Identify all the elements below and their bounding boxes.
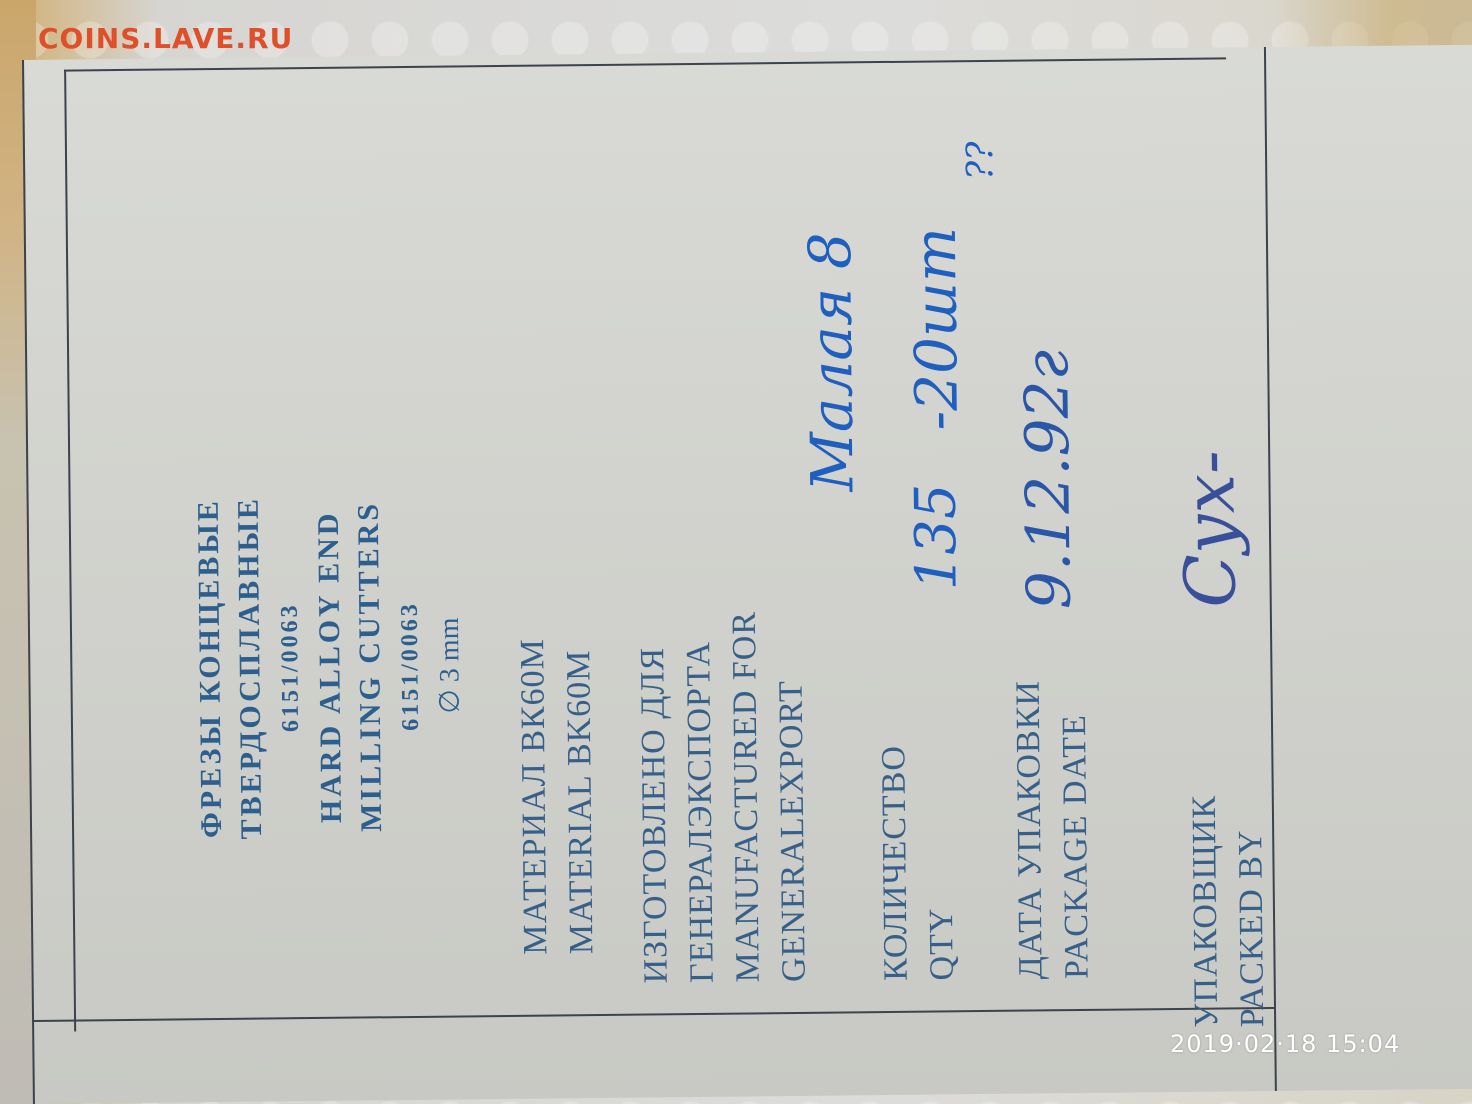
product-code-en: 6151/0063 bbox=[388, 406, 433, 926]
photo-timestamp: 2019·02·18 15:04 bbox=[1170, 1030, 1400, 1058]
product-title-block: ФРЕЗЫ КОНЦЕВЫЕ ТВЕРДОСПЛАВНЫЕ 6151/0063 … bbox=[188, 405, 473, 928]
date-en: PACKAGE DATE bbox=[1052, 679, 1101, 979]
made-for-ru-2: ГЕНЕРАЛЭКСПОРТА bbox=[676, 611, 726, 983]
qty-en: QTY bbox=[917, 744, 965, 980]
material-field: МАТЕРИАЛ ВК60М MATERIAL BK60M bbox=[510, 637, 605, 954]
packed-by-field: УПАКОВЩИК PACKED BY bbox=[1182, 794, 1276, 1028]
diameter-spec: ∅ 3 mm bbox=[428, 405, 473, 925]
qty-ru: КОЛИЧЕСТВО bbox=[871, 745, 919, 981]
title-en-line-1: HARD ALLOY END bbox=[308, 407, 353, 927]
manufactured-for-field: ИЗГОТОВЛЕНО ДЛЯ ГЕНЕРАЛЭКСПОРТА MANUFACT… bbox=[630, 610, 818, 983]
material-ru: МАТЕРИАЛ ВК60М bbox=[510, 638, 559, 955]
handwritten-qty-value: 135 bbox=[903, 483, 969, 591]
product-code-ru: 6151/0063 bbox=[268, 407, 313, 927]
package-date-field: ДАТА УПАКОВКИ PACKAGE DATE bbox=[1006, 679, 1101, 979]
handwritten-qty-question: ?? bbox=[960, 141, 1001, 180]
title-ru-line-1: ФРЕЗЫ КОНЦЕВЫЕ bbox=[188, 408, 233, 928]
handwritten-signature: Сух- bbox=[1168, 450, 1252, 608]
packer-ru: УПАКОВЩИК bbox=[1182, 795, 1230, 1028]
product-label-paper: ФРЕЗЫ КОНЦЕВЫЕ ТВЕРДОСПЛАВНЫЕ 6151/0063 … bbox=[24, 45, 1472, 1104]
made-for-en-2: GENERALEXPORT bbox=[768, 610, 818, 982]
made-for-en-1: MANUFACTURED FOR bbox=[722, 611, 772, 983]
handwritten-manufacturer-note: Малая 8 bbox=[796, 232, 867, 492]
packer-en: PACKED BY bbox=[1228, 794, 1276, 1027]
handwritten-qty-note: -20шт bbox=[901, 227, 971, 431]
material-en: MATERIAL BK60M bbox=[556, 637, 605, 954]
handwritten-package-date: 9.12.92г bbox=[1012, 350, 1085, 610]
site-watermark: COINS.LAVE.RU bbox=[38, 22, 293, 55]
title-ru-line-2: ТВЕРДОСПЛАВНЫЕ bbox=[228, 407, 273, 927]
quantity-field: КОЛИЧЕСТВО QTY bbox=[871, 744, 965, 981]
date-ru: ДАТА УПАКОВКИ bbox=[1006, 680, 1055, 980]
title-en-line-2: MILLING CUTTERS bbox=[348, 406, 393, 926]
made-for-ru-1: ИЗГОТОВЛЕНО ДЛЯ bbox=[630, 612, 680, 984]
